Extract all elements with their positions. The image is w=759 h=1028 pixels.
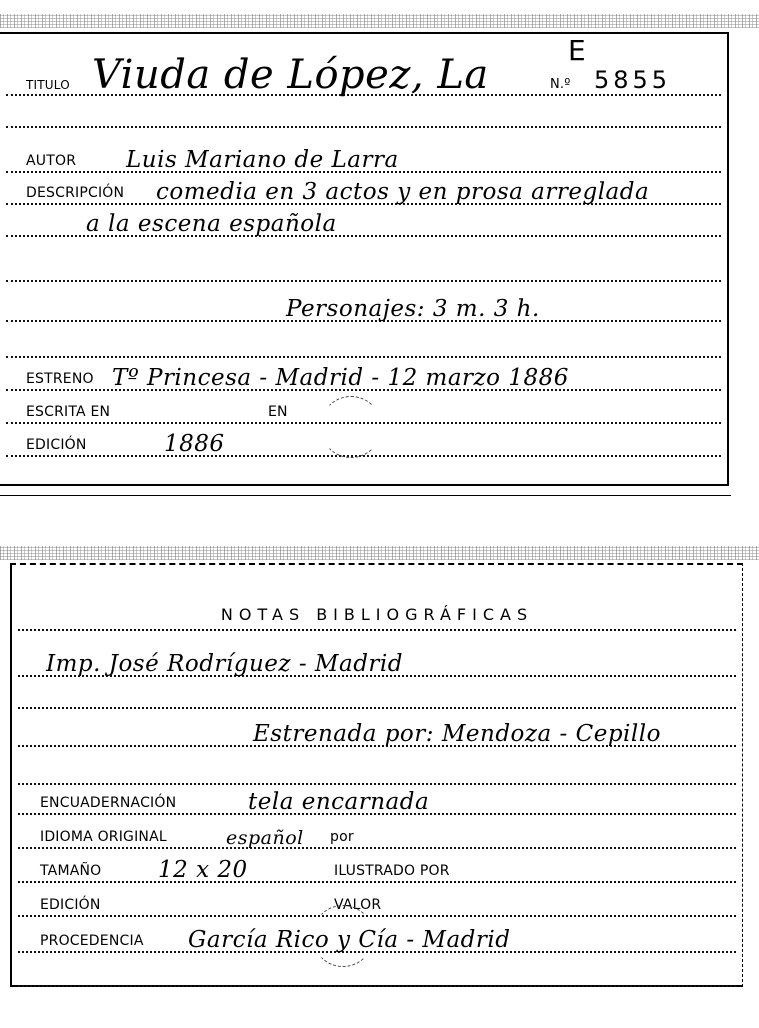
numero-label: N.º (550, 77, 571, 92)
row-descripcion: DESCRIPCIÓN comedia en 3 actos y en pros… (6, 173, 721, 205)
row-empty-1 (6, 96, 721, 128)
catalog-card-front: TITULO Viuda de López, La N.º 5855 E AUT… (0, 32, 729, 486)
row-procedencia: PROCEDENCIA García Rico y Cía - Madrid (18, 921, 736, 953)
row-descripcion-2: a la escena española (6, 205, 721, 237)
catalog-card-back: NOTAS BIBLIOGRÁFICAS Imp. José Rodríguez… (10, 563, 743, 987)
row-personajes: Personajes: 3 m. 3 h. (6, 290, 721, 322)
scan-noise-top (0, 14, 759, 28)
edicion-label: EDICIÓN (26, 437, 87, 453)
estreno-label: ESTRENO (26, 371, 94, 387)
autor-label: AUTOR (26, 153, 76, 169)
row-empty-2 (6, 250, 721, 282)
card-divider-line (0, 495, 731, 496)
idioma-label: IDIOMA ORIGINAL (40, 829, 167, 845)
stamp-mark (320, 396, 382, 458)
descripcion-label: DESCRIPCIÓN (26, 185, 124, 201)
note-line2: Estrenada por: Mendoza - Cepillo (253, 721, 661, 747)
row-encuadernacion: ENCUADERNACIÓN tela encarnada (18, 783, 736, 815)
escrita-en-label: ESCRITA EN (26, 404, 110, 420)
descripcion-line1: comedia en 3 actos y en prosa arreglada (156, 179, 649, 205)
estreno-value: Tº Princesa - Madrid - 12 marzo 1886 (112, 365, 569, 391)
tamano-label: TAMAÑO (40, 863, 101, 879)
numero-value: 5855 (594, 66, 671, 94)
edicion-back-label: EDICIÓN (40, 897, 101, 913)
procedencia-label: PROCEDENCIA (40, 933, 144, 949)
titulo-label: TITULO (26, 78, 70, 92)
row-idioma: IDIOMA ORIGINAL español por (18, 817, 736, 849)
encuadernacion-label: ENCUADERNACIÓN (40, 795, 176, 811)
personajes-value: Personajes: 3 m. 3 h. (286, 296, 540, 322)
por-label: por (330, 829, 354, 845)
idioma-value: español (226, 827, 304, 849)
row-tamano: TAMAÑO 12 x 20 ILUSTRADO POR (18, 851, 736, 883)
encuadernacion-value: tela encarnada (248, 789, 429, 815)
ilustrado-label: ILUSTRADO POR (334, 863, 450, 879)
row-empty-3 (6, 326, 721, 358)
stamp-mark-back (312, 905, 374, 967)
row-edicion-back: EDICIÓN VALOR (18, 885, 736, 917)
numero-prefix: E (568, 34, 586, 67)
row-note-1: Imp. José Rodríguez - Madrid (18, 643, 736, 677)
en-label: EN (268, 404, 288, 420)
row-heading-rule (18, 599, 736, 631)
row-titulo: TITULO Viuda de López, La N.º 5855 (6, 62, 721, 96)
row-empty-a (18, 677, 736, 709)
autor-value: Luis Mariano de Larra (126, 147, 399, 173)
row-note-2: Estrenada por: Mendoza - Cepillo (18, 715, 736, 747)
edicion-value: 1886 (164, 431, 225, 457)
note-line1: Imp. José Rodríguez - Madrid (46, 651, 403, 677)
tamano-value: 12 x 20 (158, 857, 248, 883)
scan-noise-middle (0, 546, 759, 560)
row-empty-b (18, 753, 736, 785)
row-empty-c (18, 955, 736, 987)
descripcion-line2: a la escena española (86, 211, 337, 237)
row-autor: AUTOR Luis Mariano de Larra (6, 141, 721, 173)
row-estreno: ESTRENO Tº Princesa - Madrid - 12 marzo … (6, 359, 721, 391)
titulo-value: Viuda de López, La (92, 52, 489, 98)
